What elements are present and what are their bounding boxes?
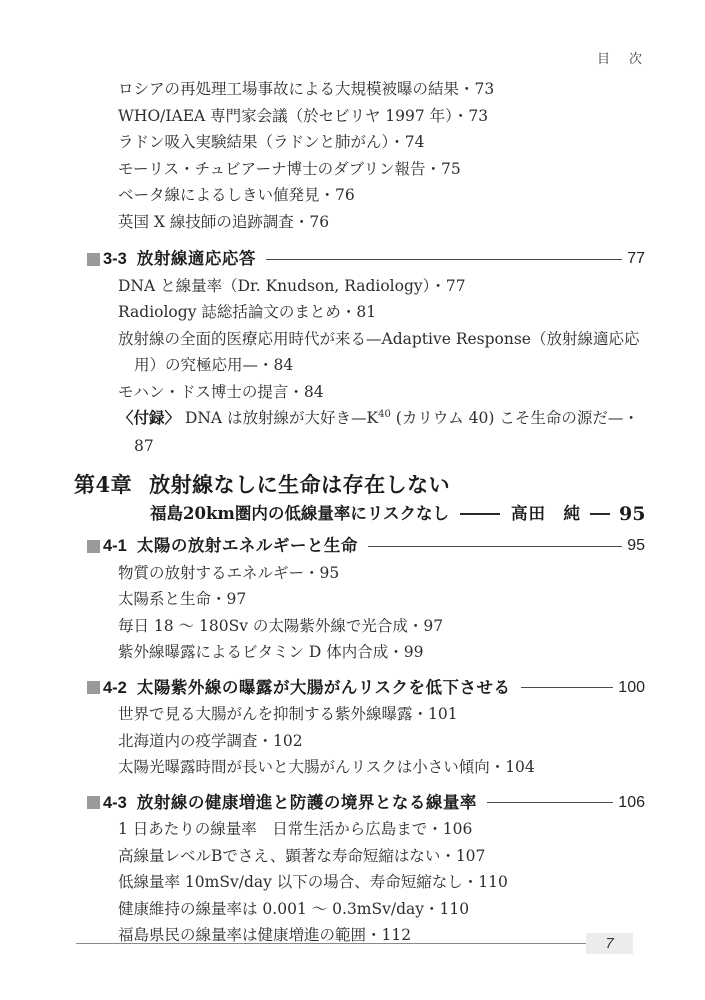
section-4-3-items: 1 日あたりの線量率 日常生活から広島まで・106 高線量レベルBでさえ、顕著な… [118,816,647,949]
toc-entry: モーリス・チュビアーナ博士のダブリン報告・75 [118,156,647,183]
section-4-2-items: 世界で見る大腸がんを抑制する紫外線曝露・101 北海道内の疫学調査・102 太陽… [118,701,647,781]
toc-entry: 福島県民の線量率は健康増進の範囲・112 [118,922,647,949]
chapter-subtitle: 福島20km圏内の低線量率にリスクなし [150,500,449,528]
toc-entry: 太陽系と生命・97 [118,586,647,613]
leader-line [266,259,622,260]
leader-line [368,546,622,547]
toc-entry: モハン・ドス博士の提言・84 [118,379,647,406]
chapter-title: 放射線なしに生命は存在しない [149,472,450,497]
section-number: 3-3 [103,246,127,273]
toc-entry: DNA と線量率（Dr. Knudson, Radiology）・77 [118,273,647,300]
chapter-subtitle-row: 福島20km圏内の低線量率にリスクなし 高田 純 95 [150,500,645,528]
toc-entry: 世界で見る大腸がんを抑制する紫外線曝露・101 [118,701,647,728]
toc-entry: 太陽光曝露時間が長いと大腸がんリスクは小さい傾向・104 [118,754,647,781]
dash-rule-long [460,513,500,515]
toc-entry: 英国 X 線技師の追跡調査・76 [118,209,647,236]
section-marker-square-icon [87,540,100,553]
section-page-number: 100 [618,675,645,702]
toc-page: 目 次 ロシアの再処理工場事故による大規模被曝の結果・73 WHO/IAEA 専… [0,0,705,1000]
toc-entry: WHO/IAEA 専門家会議（於セビリヤ 1997 年）・73 [118,103,647,130]
section-3-3-items: DNA と線量率（Dr. Knudson, Radiology）・77 Radi… [118,273,647,460]
section-heading-4-3: 4-3 放射線の健康増進と防護の境界となる線量率 106 [87,790,645,817]
leader-line [487,802,613,803]
footer-rule [76,943,586,944]
toc-entry-appendix: 〈付録〉 DNA は放射線が大好き—K40 (カリウム 40) こそ生命の源だ—… [118,405,647,459]
section-number: 4-2 [103,675,127,702]
toc-orphan-items: ロシアの再処理工場事故による大規模被曝の結果・73 WHO/IAEA 専門家会議… [118,70,647,235]
section-heading-4-2: 4-2 太陽紫外線の曝露が大腸がんリスクを低下させる 100 [87,675,645,702]
appendix-superscript: 40 [378,409,391,420]
toc-entry: 高線量レベルBでさえ、顕著な寿命短縮はない・107 [118,843,647,870]
toc-entry: 物質の放射するエネルギー・95 [118,560,647,587]
running-head: 目 次 [597,48,645,67]
chapter-label: 第4章 [74,472,132,497]
section-4-1-items: 物質の放射するエネルギー・95 太陽系と生命・97 毎日 18 ～ 180Sv … [118,560,647,666]
section-marker-square-icon [87,681,100,694]
section-title: 太陽の放射エネルギーと生命 [137,533,358,560]
section-marker-square-icon [87,253,100,266]
section-marker-square-icon [87,796,100,809]
section-heading-3-3: 3-3 放射線適応応答 77 [87,246,645,273]
appendix-label: 〈付録〉 [118,410,180,427]
chapter-page-number: 95 [619,500,645,528]
toc-entry: ラドン吸入実験結果（ラドンと肺がん）・74 [118,129,647,156]
chapter-title-row: 第4章放射線なしに生命は存在しない [74,470,645,500]
toc-entry: 健康維持の線量率は 0.001 ～ 0.3mSv/day・110 [118,896,647,923]
chapter-author: 高田 純 [511,500,581,528]
toc-entry: 1 日あたりの線量率 日常生活から広島まで・106 [118,816,647,843]
section-page-number: 106 [618,790,645,817]
appendix-text: DNA は放射線が大好き—K [180,409,378,427]
leader-line [521,687,614,688]
toc-entry: ロシアの再処理工場事故による大規模被曝の結果・73 [118,76,647,103]
section-page-number: 95 [627,533,645,560]
section-title: 太陽紫外線の曝露が大腸がんリスクを低下させる [137,675,511,702]
toc-entry: 北海道内の疫学調査・102 [118,728,647,755]
chapter-heading: 第4章放射線なしに生命は存在しない 福島20km圏内の低線量率にリスクなし 高田… [74,470,645,528]
section-page-number: 77 [627,246,645,273]
section-title: 放射線の健康増進と防護の境界となる線量率 [137,790,477,817]
section-number: 4-3 [103,790,127,817]
toc-entry: 放射線の全面的医療応用時代が来る—Adaptive Response（放射線適応… [118,326,647,379]
toc-entry: 紫外線曝露によるビタミン D 体内合成・99 [118,639,647,666]
section-heading-4-1: 4-1 太陽の放射エネルギーと生命 95 [87,533,645,560]
page-number-badge: 7 [586,933,633,954]
toc-entry: 低線量率 10mSv/day 以下の場合、寿命短縮なし・110 [118,869,647,896]
dash-rule-short [590,513,610,515]
toc-content: ロシアの再処理工場事故による大規模被曝の結果・73 WHO/IAEA 専門家会議… [0,70,705,949]
toc-entry: 毎日 18 ～ 180Sv の太陽紫外線で光合成・97 [118,613,647,640]
section-number: 4-1 [103,533,127,560]
section-title: 放射線適応応答 [137,246,256,273]
toc-entry: ベータ線によるしきい値発見・76 [118,182,647,209]
toc-entry: Radiology 誌総括論文のまとめ・81 [118,299,647,326]
